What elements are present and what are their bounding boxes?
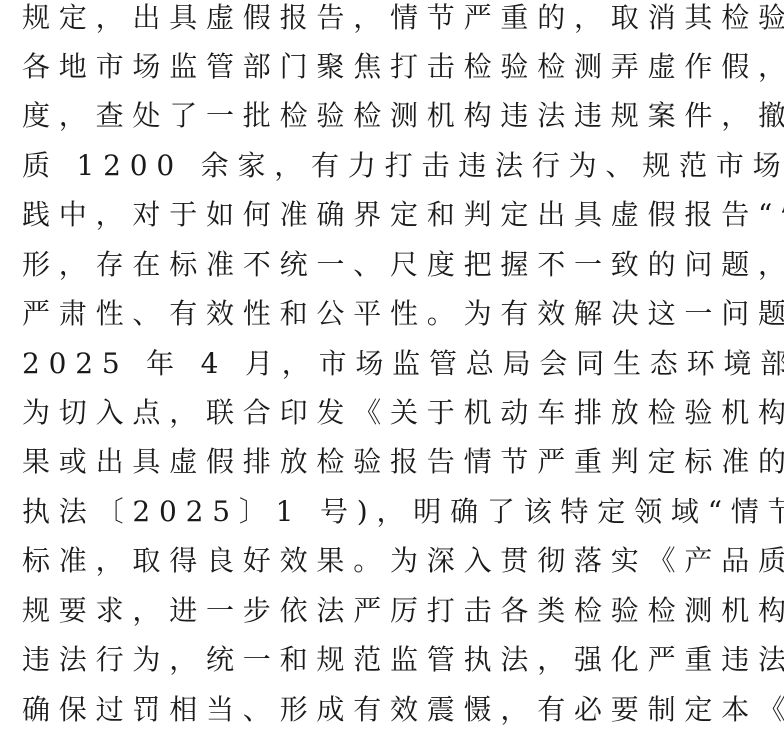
paragraph-line: 果或出具虚假排放检验报告情节严重判定标准的意见》(国环规 [22, 437, 784, 486]
paragraph-line: 2025 年 4 月，市场监管总局会同生态环境部，以机动车排放检验 [22, 339, 784, 388]
paragraph-line: 形，存在标准不统一、尺度把握不一致的问题，影响法律执行的 [22, 240, 784, 289]
paragraph-line: 规定，出具虚假报告，情节严重的，取消其检验资格。近年来， [22, 0, 784, 42]
paragraph-line: 度，查处了一批检验检测机构违法违规案件，撤销或注销机构资 [22, 91, 784, 140]
paragraph-line: 践中，对于如何准确界定和判定出具虚假报告“情节严重”的情 [22, 190, 784, 239]
paragraph-line: 严肃性、有效性和公平性。为有效解决这一问题，统一执法尺度， [22, 289, 784, 338]
paragraph-line: 执法〔2025〕1 号)，明确了该特定领域“情节严重”的具体判定 [22, 487, 784, 536]
paragraph-line: 标准，取得良好效果。为深入贯彻落实《产品质量法》等法律法 [22, 536, 784, 585]
paragraph-line: 违法行为，统一和规范监管执法，强化严重违法机构退出机制， [22, 635, 784, 684]
paragraph-line: 为切入点，联合印发《关于机动车排放检验机构伪造排放检验结 [22, 388, 784, 437]
paragraph-line: 确保过罚相当、形成有效震慑，有必要制定本《意见》。 [22, 685, 784, 734]
document-page: 规定，出具虚假报告，情节严重的，取消其检验资格。近年来， 各地市场监管部门聚焦打… [0, 0, 784, 735]
paragraph-line: 各地市场监管部门聚焦打击检验检测弄虚作假，持续加大执法力 [22, 42, 784, 91]
paragraph-line: 质 1200 余家，有力打击违法行为、规范市场秩序。但在执法实 [22, 141, 784, 190]
paragraph-line: 规要求，进一步依法严厉打击各类检验检测机构出具虚假报告的 [22, 586, 784, 635]
